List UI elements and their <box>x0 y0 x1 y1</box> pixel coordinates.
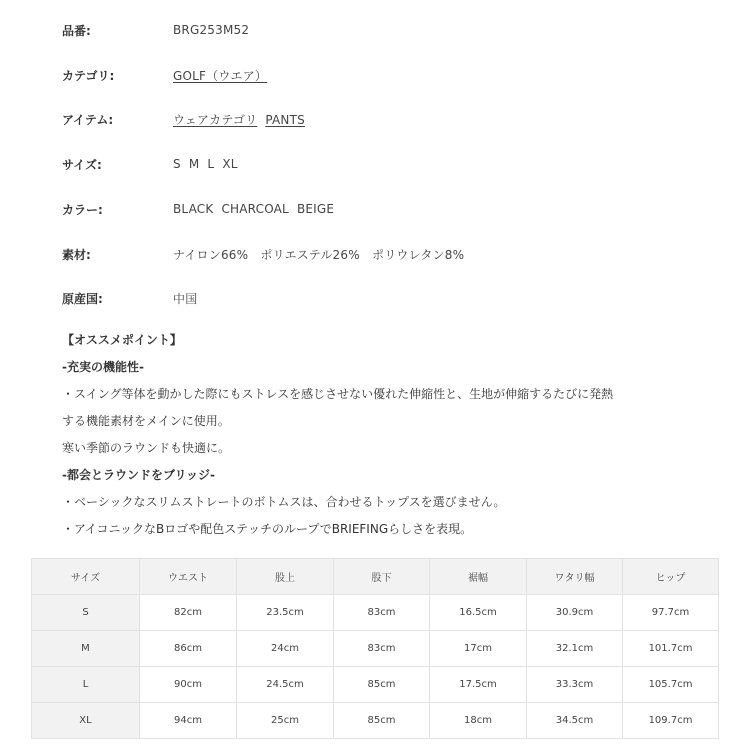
column-header: 裾幅 <box>430 559 527 595</box>
category-value: GOLF（ウエア） <box>173 67 267 84</box>
table-cell: 85cm <box>334 667 430 703</box>
column-header: ウエスト <box>140 559 237 595</box>
points-text-line: する機能素材をメインに使用。 <box>62 410 732 437</box>
table-cell: 17.5cm <box>430 667 527 703</box>
material-value: ナイロン66% ポリエステル26% ポリウレタン8% <box>173 246 464 263</box>
table-cell: 83cm <box>334 631 430 667</box>
table-cell: 17cm <box>430 631 527 667</box>
table-cell: 24.5cm <box>237 667 334 703</box>
spec-label: アイテム: <box>62 111 173 128</box>
column-header: サイズ <box>32 559 140 595</box>
size-table-header-row: サイズ ウエスト 股上 股下 裾幅 ワタリ幅 ヒップ <box>32 559 719 595</box>
table-cell: 18cm <box>430 703 527 739</box>
spec-label: 品番: <box>62 22 173 39</box>
table-row: S 82cm 23.5cm 83cm 16.5cm 30.9cm 97.7cm <box>32 595 719 631</box>
table-cell: 33.3cm <box>527 667 623 703</box>
spec-row-origin: 原産国: 中国 <box>62 288 197 308</box>
item-link-wear-category[interactable]: ウェアカテゴリ <box>173 113 257 127</box>
table-cell: 109.7cm <box>623 703 719 739</box>
column-header: ワタリ幅 <box>527 559 623 595</box>
table-cell: 90cm <box>140 667 237 703</box>
table-cell: 25cm <box>237 703 334 739</box>
points-text-line: ・アイコニックなBロゴや配色ステッチのループでBRIEFINGらしさを表現。 <box>62 518 732 545</box>
column-header: ヒップ <box>623 559 719 595</box>
column-header: 股下 <box>334 559 430 595</box>
table-cell: 105.7cm <box>623 667 719 703</box>
points-heading: 【オススメポイント】 <box>62 329 732 356</box>
spec-label: サイズ: <box>62 156 173 173</box>
column-header: 股上 <box>237 559 334 595</box>
recommend-points: 【オススメポイント】 -充実の機能性- ・スイング等体を動かした際にもストレスを… <box>62 329 732 545</box>
table-row: XL 94cm 25cm 85cm 18cm 34.5cm 109.7cm <box>32 703 719 739</box>
section-title-bridge: -都会とラウンドをブリッジ- <box>62 464 732 491</box>
table-cell: 83cm <box>334 595 430 631</box>
spec-label: カラー: <box>62 201 173 218</box>
spec-row-color: カラー: BLACK CHARCOAL BEIGE <box>62 199 334 219</box>
origin-value: 中国 <box>173 290 197 307</box>
product-number-value: BRG253M52 <box>173 23 249 37</box>
size-cell: S <box>32 595 140 631</box>
spec-row-category: カテゴリ: GOLF（ウエア） <box>62 65 267 85</box>
item-link-pants[interactable]: PANTS <box>265 113 305 127</box>
spec-label: 素材: <box>62 246 173 263</box>
table-row: M 86cm 24cm 83cm 17cm 32.1cm 101.7cm <box>32 631 719 667</box>
table-cell: 94cm <box>140 703 237 739</box>
table-cell: 16.5cm <box>430 595 527 631</box>
size-cell: L <box>32 667 140 703</box>
spec-row-size: サイズ: S M L XL <box>62 154 238 174</box>
table-row: L 90cm 24.5cm 85cm 17.5cm 33.3cm 105.7cm <box>32 667 719 703</box>
points-text-line: ・ベーシックなスリムストレートのボトムスは、合わせるトップスを選びません。 <box>62 491 732 518</box>
table-cell: 85cm <box>334 703 430 739</box>
spec-label: 原産国: <box>62 290 173 307</box>
table-cell: 23.5cm <box>237 595 334 631</box>
size-cell: M <box>32 631 140 667</box>
table-cell: 24cm <box>237 631 334 667</box>
size-cell: XL <box>32 703 140 739</box>
points-text-line: ・スイング等体を動かした際にもストレスを感じさせない優れた伸縮性と、生地が伸縮す… <box>62 383 732 410</box>
spec-row-material: 素材: ナイロン66% ポリエステル26% ポリウレタン8% <box>62 244 464 264</box>
table-cell: 86cm <box>140 631 237 667</box>
points-text-line: 寒い季節のラウンドも快適に。 <box>62 437 732 464</box>
category-link-golf-wear[interactable]: GOLF（ウエア） <box>173 69 267 83</box>
spec-label: カテゴリ: <box>62 67 173 84</box>
size-value: S M L XL <box>173 157 238 171</box>
section-title-function: -充実の機能性- <box>62 356 732 383</box>
table-cell: 30.9cm <box>527 595 623 631</box>
table-cell: 97.7cm <box>623 595 719 631</box>
table-cell: 32.1cm <box>527 631 623 667</box>
spec-row-product-number: 品番: BRG253M52 <box>62 20 249 40</box>
table-cell: 101.7cm <box>623 631 719 667</box>
item-value: ウェアカテゴリPANTS <box>173 111 305 128</box>
spec-row-item: アイテム: ウェアカテゴリPANTS <box>62 109 305 129</box>
color-value: BLACK CHARCOAL BEIGE <box>173 202 334 216</box>
size-table: サイズ ウエスト 股上 股下 裾幅 ワタリ幅 ヒップ S 82cm 23.5cm… <box>31 558 719 739</box>
table-cell: 82cm <box>140 595 237 631</box>
table-cell: 34.5cm <box>527 703 623 739</box>
